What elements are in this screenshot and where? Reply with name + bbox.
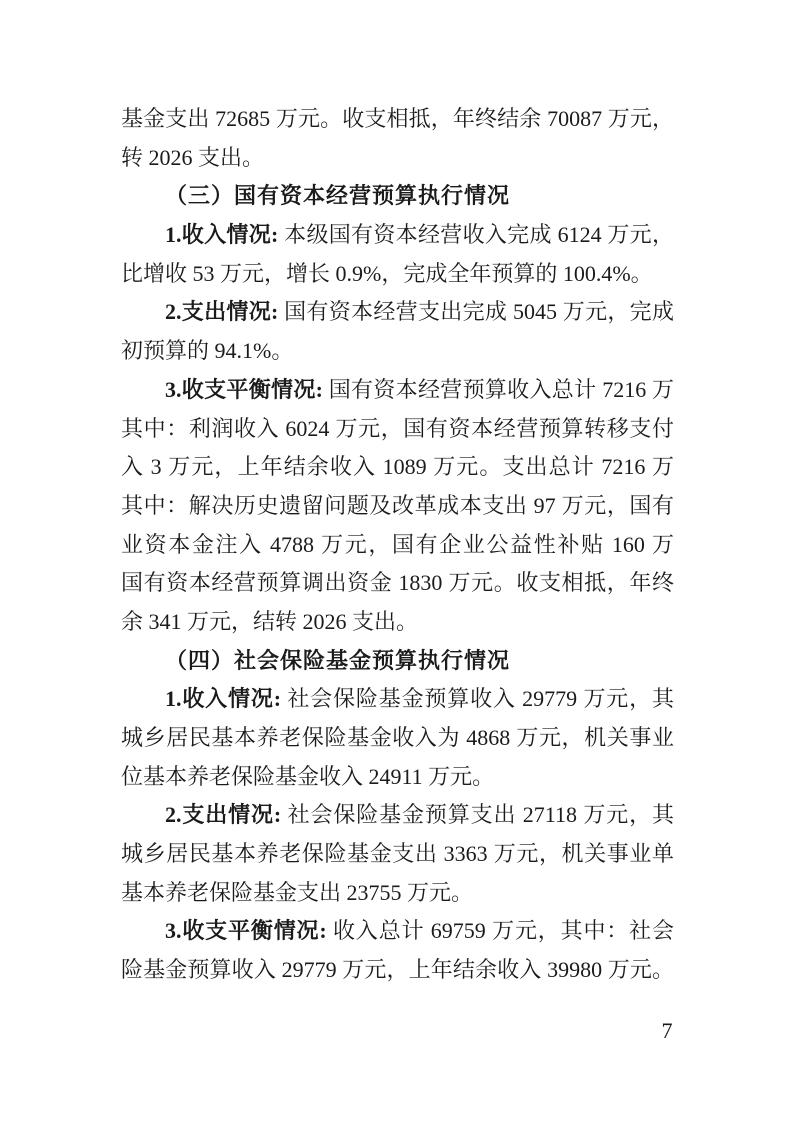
paragraph-text-run: 转 2026 支出。 (121, 145, 264, 170)
text-line: 基本养老保险基金支出 23755 万元。 (121, 874, 674, 913)
text-line: 1.收入情况: 社会保险基金预算收入 29779 万元，其中 (121, 680, 674, 719)
document-page: 基金支出 72685 万元。收支相抵，年终结余 70087 万元，结转 2026… (0, 0, 793, 1122)
page-body: 基金支出 72685 万元。收支相抵，年终结余 70087 万元，结转 2026… (121, 100, 674, 990)
paragraph-text-run: 余 341 万元，结转 2026 支出。 (121, 609, 418, 634)
paragraph-text-run: 其中：利润收入 6024 万元，国有资本经营预算转移支付收 (121, 416, 674, 449)
section-heading: （三）国有资本经营预算执行情况 (121, 177, 674, 216)
text-line: 余 341 万元，结转 2026 支出。 (121, 603, 674, 642)
text-line: 比增收 53 万元，增长 0.9%，完成全年预算的 100.4%。 (121, 255, 674, 294)
paragraph-text-run: 城乡居民基本养老保险基金支出 3363 万元，机关事业单位 (121, 841, 674, 874)
paragraph-text-run: 国有资本经营预算调出资金 1830 万元。收支相抵，年终结 (121, 570, 674, 603)
paragraph-bold-label: 2.支出情况: (165, 802, 281, 827)
text-line: 3.收支平衡情况: 收入总计 69759 万元，其中：社会保 (121, 912, 674, 951)
paragraph-bold-label: 3.收支平衡情况: (165, 377, 323, 402)
paragraph-bold-label: 1.收入情况: (165, 222, 278, 247)
text-line: 1.收入情况: 本级国有资本经营收入完成 6124 万元，同 (121, 216, 674, 255)
paragraph-bold-label: 1.收入情况: (165, 686, 281, 711)
paragraph-text-run: 入 3 万元，上年结余收入 1089 万元。支出总计 7216 万元， (121, 454, 674, 487)
text-line: 初预算的 94.1%。 (121, 332, 674, 371)
text-line: 3.收支平衡情况: 国有资本经营预算收入总计 7216 万元， (121, 371, 674, 410)
text-line: 城乡居民基本养老保险基金收入为 4868 万元，机关事业单 (121, 719, 674, 758)
paragraph-text-run: 基本养老保险基金支出 23755 万元。 (121, 880, 473, 905)
text-line: 城乡居民基本养老保险基金支出 3363 万元，机关事业单位 (121, 835, 674, 874)
section-heading: （四）社会保险基金预算执行情况 (121, 642, 674, 681)
text-line: 其中：解决历史遗留问题及改革成本支出 97 万元，国有企 (121, 487, 674, 526)
text-line: 转 2026 支出。 (121, 139, 674, 178)
paragraph-text-run: 险基金预算收入 29779 万元，上年结余收入 39980 万元。支 (121, 957, 674, 990)
text-line: 2.支出情况: 社会保险基金预算支出 27118 万元，其中 (121, 796, 674, 835)
heading-text: （三）国有资本经营预算执行情况 (165, 183, 510, 208)
text-line: 险基金预算收入 29779 万元，上年结余收入 39980 万元。支 (121, 951, 674, 990)
heading-text: （四）社会保险基金预算执行情况 (165, 648, 510, 673)
paragraph-text-run: 基金支出 72685 万元。收支相抵，年终结余 70087 万元，结 (121, 106, 674, 139)
text-line: 入 3 万元，上年结余收入 1089 万元。支出总计 7216 万元， (121, 448, 674, 487)
page-number: 7 (652, 1012, 682, 1051)
paragraph-text-run: 初预算的 94.1%。 (121, 338, 293, 363)
paragraph-text-run: 其中：解决历史遗留问题及改革成本支出 97 万元，国有企 (121, 493, 674, 526)
paragraph-text-run: 城乡居民基本养老保险基金收入为 4868 万元，机关事业单 (121, 725, 674, 758)
text-line: 位基本养老保险基金收入 24911 万元。 (121, 758, 674, 797)
paragraph-text-run: 位基本养老保险基金收入 24911 万元。 (121, 764, 494, 789)
text-line: 2.支出情况: 国有资本经营支出完成 5045 万元，完成年 (121, 293, 674, 332)
paragraph-text-run: 比增收 53 万元，增长 0.9%，完成全年预算的 100.4%。 (121, 261, 653, 286)
paragraph-text-run: 业资本金注入 4788 万元，国有企业公益性补贴 160 万元， (121, 532, 674, 565)
paragraph-bold-label: 2.支出情况: (165, 299, 278, 324)
paragraph-bold-label: 3.收支平衡情况: (165, 918, 327, 943)
text-line: 业资本金注入 4788 万元，国有企业公益性补贴 160 万元， (121, 526, 674, 565)
text-line: 其中：利润收入 6024 万元，国有资本经营预算转移支付收 (121, 410, 674, 449)
text-line: 国有资本经营预算调出资金 1830 万元。收支相抵，年终结 (121, 564, 674, 603)
text-line: 基金支出 72685 万元。收支相抵，年终结余 70087 万元，结 (121, 100, 674, 139)
